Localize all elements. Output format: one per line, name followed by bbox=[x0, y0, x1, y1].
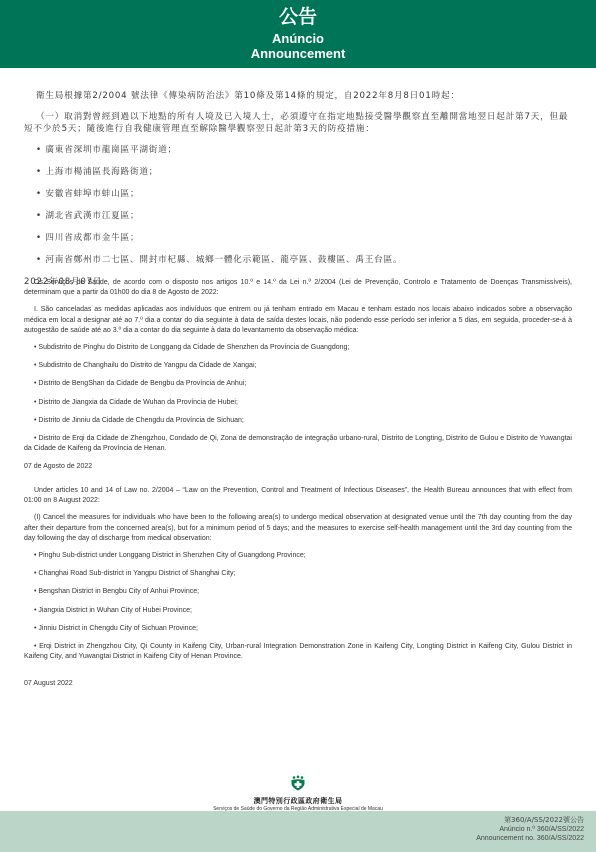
en-bullet: • Erqi District in Zhengzhou City, Qi Co… bbox=[24, 642, 572, 662]
portuguese-section: Os Serviços de Saúde, de acordo com o di… bbox=[24, 278, 572, 480]
en-bullet: • Bengshan District in Bengbu City of An… bbox=[24, 587, 572, 597]
zh-bullet: • 河南省鄭州市二七區、開封市杞縣、城鄉一體化示範區、龍亭區、鼓樓區、禹王台區。 bbox=[24, 254, 572, 266]
footer-band: 第360/A/SS/2022號公告 Anúncio n.º 360/A/SS/2… bbox=[0, 811, 596, 852]
title-zh: 公告 bbox=[0, 0, 596, 28]
announcement-number-pt: Anúncio n.º 360/A/SS/2022 bbox=[0, 825, 584, 834]
health-bureau-logo-icon bbox=[290, 775, 306, 791]
pt-date: 07 de Agosto de 2022 bbox=[24, 462, 572, 472]
en-bullet: • Changhai Road Sub-district in Yangpu D… bbox=[24, 569, 572, 579]
announcement-number-zh: 第360/A/SS/2022號公告 bbox=[0, 815, 584, 825]
pt-bullet: • Distrito de Jinniu da Cidade de Chengd… bbox=[24, 416, 572, 426]
zh-bullet: • 湖北省武漢市江夏區； bbox=[24, 210, 572, 222]
issuer-block: 澳門特別行政區政府衛生局 Serviços de Saúde do Govern… bbox=[0, 775, 596, 812]
announcement-header: 公告 Anúncio Announcement bbox=[0, 0, 596, 68]
pt-measure: I. São canceladas as medidas aplicadas a… bbox=[24, 305, 572, 336]
pt-bullet: • Distrito de BengShan da Cidade de Beng… bbox=[24, 379, 572, 389]
pt-bullet: • Distrito de Jiangxia da Cidade de Wuha… bbox=[24, 398, 572, 408]
zh-bullet: • 廣東省深圳市龍崗區平湖街道； bbox=[24, 144, 572, 156]
en-bullet: • Jinniu District in Chengdu City of Sic… bbox=[24, 624, 572, 634]
pt-bullet: • Subdistrito de Pinghu do Distrito de L… bbox=[24, 343, 572, 353]
issuer-name-zh: 澳門特別行政區政府衛生局 bbox=[0, 797, 596, 806]
zh-measure: （一）取消對曾經到過以下地點的所有人境及已入境人士，必須遵守在指定地點接受醫學觀… bbox=[24, 111, 572, 135]
title-pt: Anúncio bbox=[0, 31, 596, 46]
pt-intro: Os Serviços de Saúde, de acordo com o di… bbox=[24, 278, 572, 298]
zh-bullet: • 四川省成都市金牛區； bbox=[24, 232, 572, 244]
en-bullet: • Pinghu Sub-district under Longgang Dis… bbox=[24, 551, 572, 561]
pt-bullet: • Distrito de Erqi da Cidade de Zhengzho… bbox=[24, 434, 572, 454]
title-en: Announcement bbox=[0, 46, 596, 61]
pt-bullet: • Subdistrito de Changhailu do Distrito … bbox=[24, 361, 572, 371]
chinese-section: 衛生局根據第2/2004 號法律《傳染病防治法》第10條及第14條的規定，自20… bbox=[24, 90, 572, 288]
en-measure: (I) Cancel the measures for individuals … bbox=[24, 513, 572, 544]
english-section: Under articles 10 and 14 of Law no. 2/20… bbox=[24, 486, 572, 697]
zh-bullet: • 安徽省蚌埠市蚌山區； bbox=[24, 188, 572, 200]
zh-bullet: • 上海市楊浦區長海路街道； bbox=[24, 166, 572, 178]
en-bullet: • Jiangxia District in Wuhan City of Hub… bbox=[24, 606, 572, 616]
zh-intro: 衛生局根據第2/2004 號法律《傳染病防治法》第10條及第14條的規定，自20… bbox=[24, 90, 572, 102]
announcement-number-en: Announcement no. 360/A/SS/2022 bbox=[0, 834, 584, 843]
announcement-body: 衛生局根據第2/2004 號法律《傳染病防治法》第10條及第14條的規定，自20… bbox=[24, 90, 572, 297]
en-date: 07 August 2022 bbox=[24, 679, 572, 689]
en-intro: Under articles 10 and 14 of Law no. 2/20… bbox=[24, 486, 572, 506]
